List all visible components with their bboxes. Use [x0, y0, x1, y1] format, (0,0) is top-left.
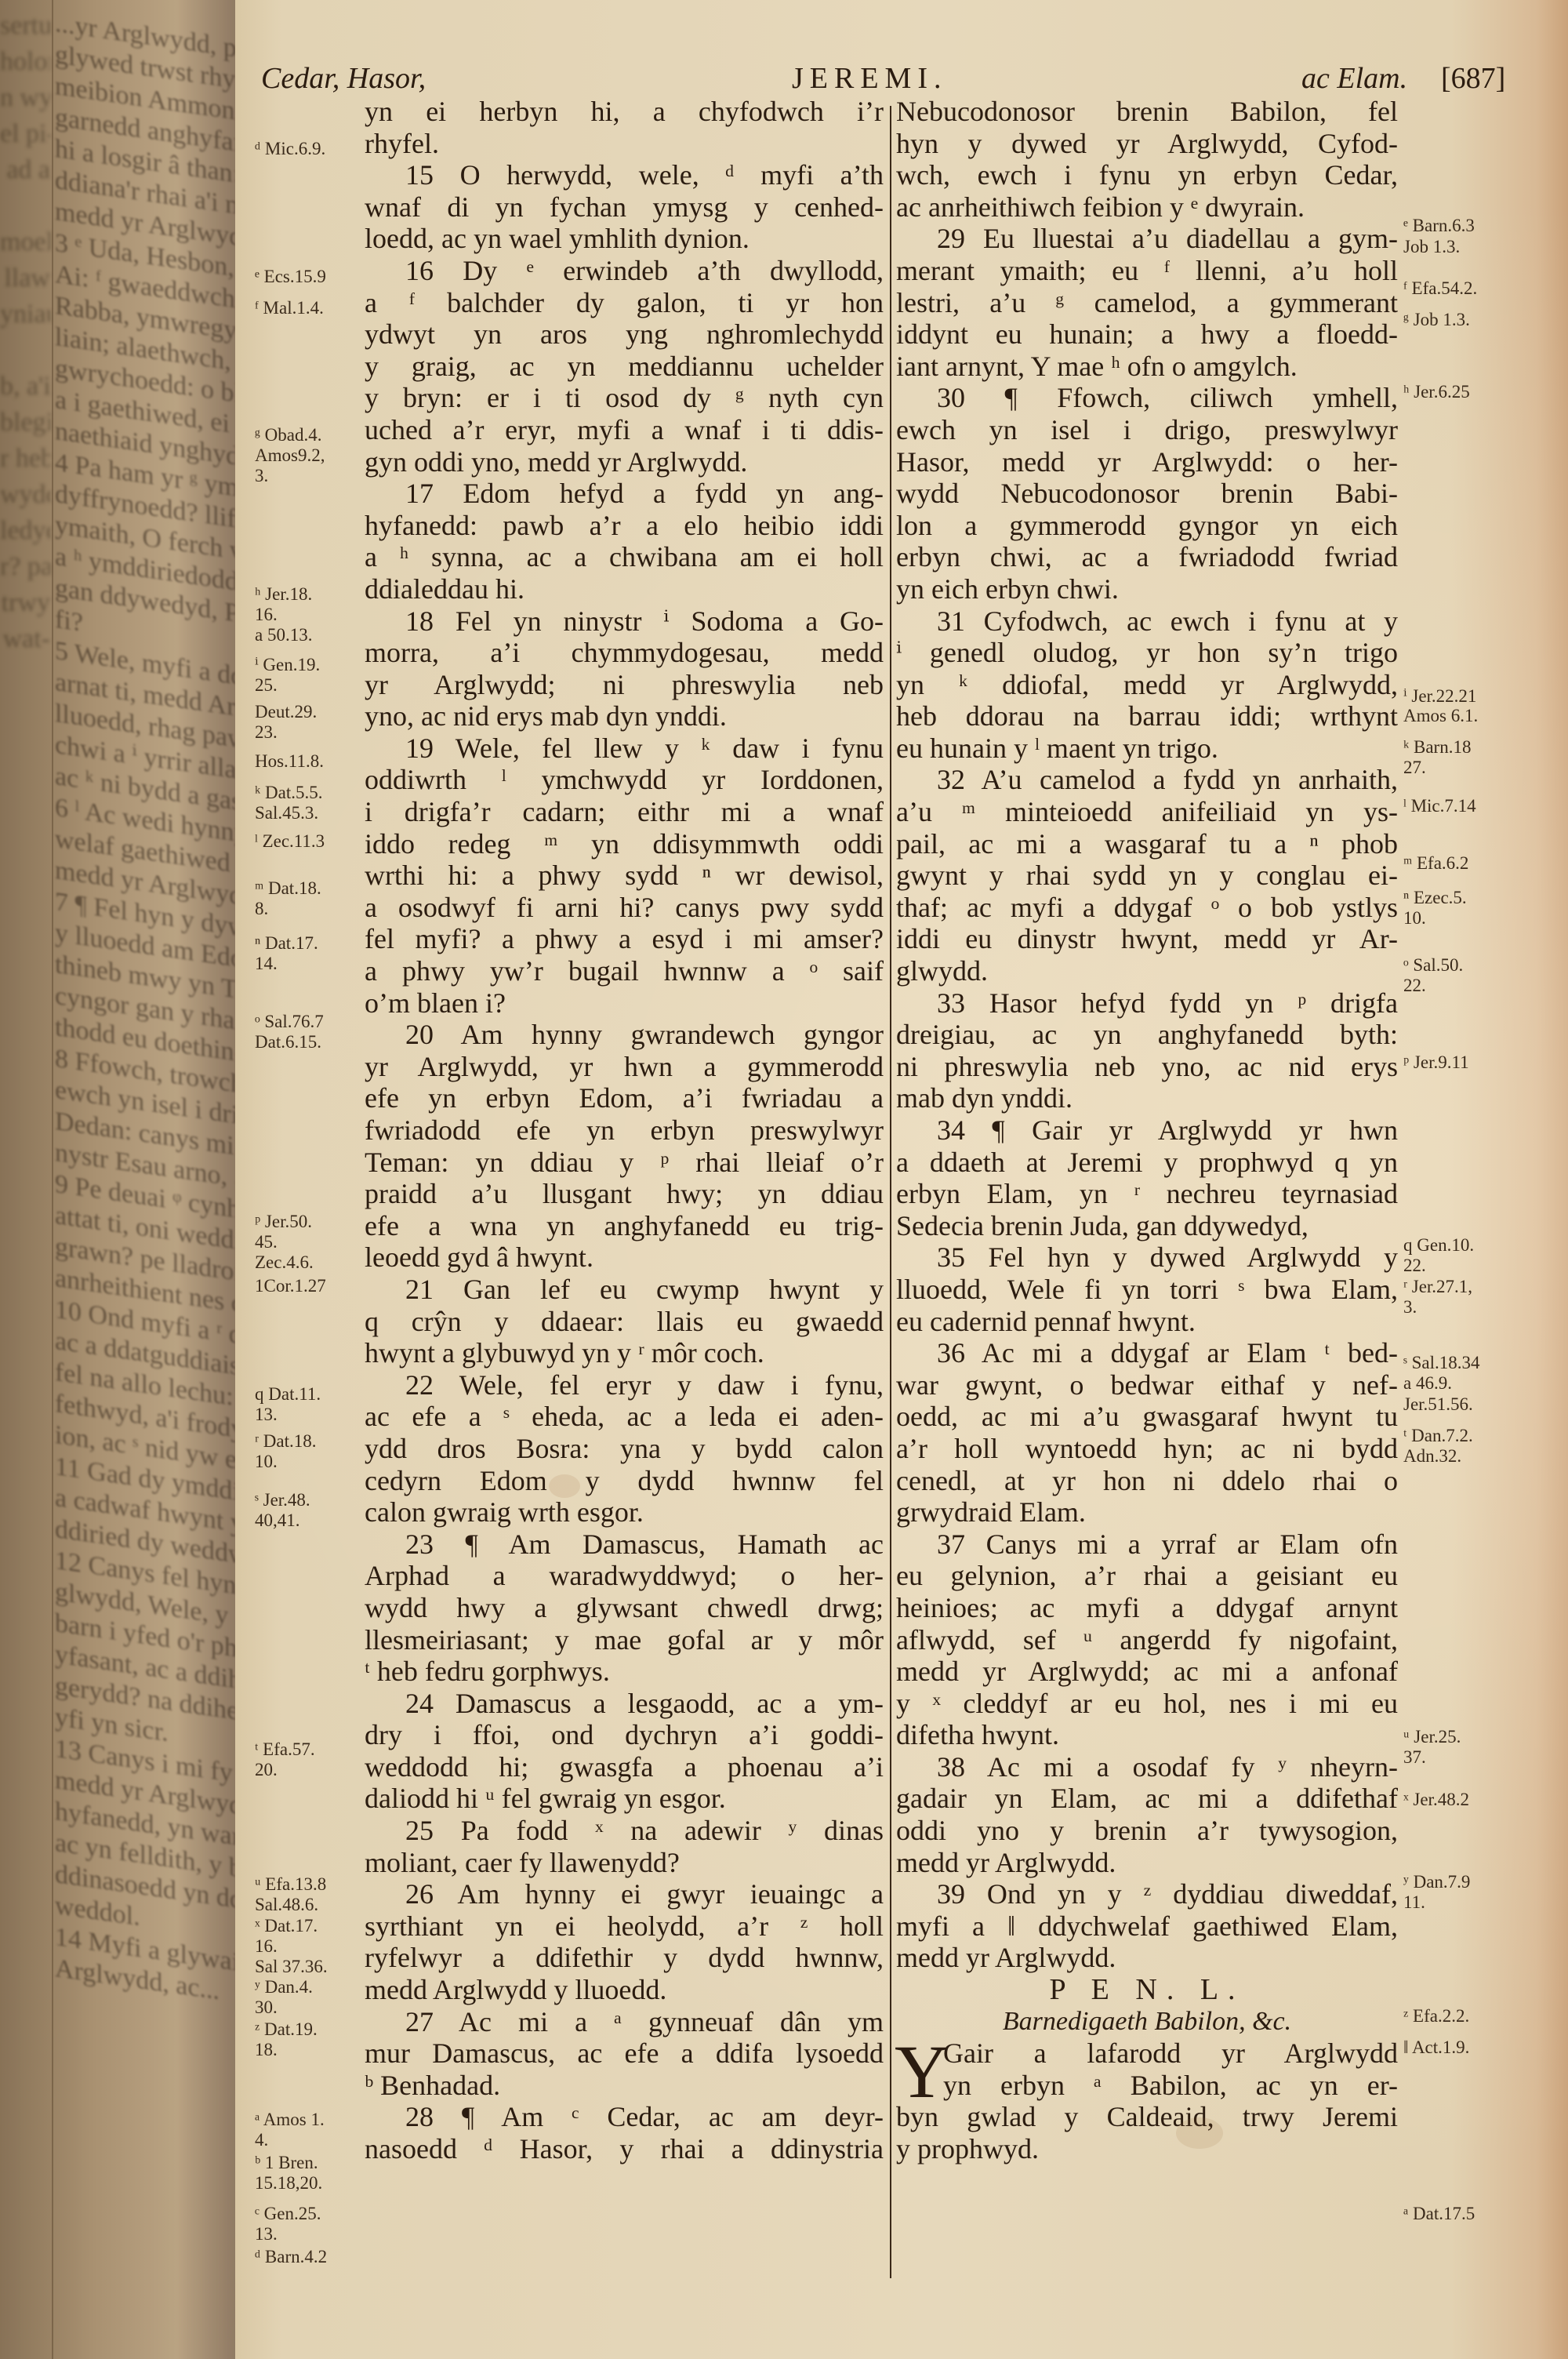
cross-reference-note: Amos9.2,	[255, 445, 325, 466]
text-line: uched a’r eryr, myfi a wnaf i ti ddis-	[365, 414, 884, 446]
text-line: heb ddorau na barrau iddi; wrthynt	[896, 700, 1398, 732]
cross-reference-note: ᵐ Efa.6.2	[1403, 853, 1468, 874]
text-line: war gwynt, o bedwar eithaf y nef-	[896, 1369, 1398, 1401]
text-line: hwynt a glybuwyd yn y ʳ môr coch.	[365, 1337, 884, 1369]
text-line: Arphad a waradwyddwyd; o her-	[365, 1560, 884, 1592]
text-line: eu cadernid pennaf hwynt.	[896, 1306, 1398, 1338]
cross-reference-note: 16.	[255, 605, 278, 625]
text-line: thaf; ac myfi a ddygaf ᵒ o bob ystlys	[896, 892, 1398, 924]
text-line: yr Arglwydd, yr hwn a gymmerodd	[365, 1051, 884, 1083]
text-line: syrthiant yn ei heolydd, a’r ᶻ holl	[365, 1910, 884, 1943]
text-line: ewch yn isel i drigo, preswylwyr	[896, 414, 1398, 446]
cross-reference-note: ᵇ 1 Bren.	[255, 2153, 318, 2173]
foxing-spot	[1176, 2117, 1223, 2149]
cross-reference-note: a 50.13.	[255, 625, 312, 645]
text-line: oddiwrth ˡ ymchwydd yr Iorddonen,	[365, 764, 884, 796]
text-line: lluoedd, Wele fi yn torri ˢ bwa Elam,	[896, 1274, 1398, 1306]
cross-reference-note: ᵃ Dat.17.5	[1403, 2204, 1475, 2224]
cross-reference-note: 10.	[1403, 908, 1426, 929]
cross-reference-note: ᵒ Sal.76.7	[255, 1012, 324, 1032]
text-line: fel myfi? a phwy a esyd i mi amser?	[365, 923, 884, 955]
text-line: 16 Dy ᵉ erwindeb a’th dwyllodd,	[365, 255, 884, 287]
text-line: cenedl, at yr hon ni ddelo rhai o	[896, 1465, 1398, 1497]
cross-reference-note: Hos.11.8.	[255, 751, 324, 772]
text-line: praidd a’u llusgant hwy; yn ddiau	[365, 1178, 884, 1210]
cross-reference-note: ᵗ Dan.7.2.	[1403, 1426, 1473, 1446]
text-line: nasoedd ᵈ Hasor, y rhai a ddinystria	[365, 2133, 884, 2165]
facing-page-left-fragment: sertusholomn wyrel pi-ad a moel,llawynia…	[0, 8, 50, 657]
cross-reference-note: 40,41.	[255, 1510, 300, 1531]
cross-reference-note: ᵖ Jer.50.	[255, 1212, 312, 1232]
text-line: iddynt eu hunain; a hwy a floedd-	[896, 318, 1398, 351]
text-line: 19 Wele, fel llew y ᵏ daw i fynu	[365, 732, 884, 765]
text-line: i drigfa’r cadarn; eithr mi a wnaf	[365, 796, 884, 828]
text-line: weddodd hi; gwasgfa a phoenau a’i	[365, 1751, 884, 1783]
text-line: Nebucodonosor brenin Babilon, fel	[896, 96, 1398, 128]
text-line: rhyfel.	[365, 128, 884, 160]
cross-reference-note: ᶻ Dat.19.	[255, 2019, 318, 2040]
cross-reference-note: ʸ Dan.4.	[255, 1977, 313, 1997]
bible-page: sertusholomn wyrel pi-ad a moel,llawynia…	[0, 0, 1568, 2359]
text-line: 26 Am hynny ei gwyr ieuaingc a	[365, 1878, 884, 1910]
text-line: a ʰ synna, ac a chwibana am ei holl	[365, 541, 884, 573]
text-line: 15 O herwydd, wele, ᵈ myfi a’th	[365, 159, 884, 191]
text-line: medd yr Arglwydd; ac mi a anfonaf	[896, 1656, 1398, 1688]
text-line: eu hunain y ˡ maent yn trigo.	[896, 732, 1398, 765]
text-line: yn erbyn ᵃ Babilon, ac yn er-	[896, 2070, 1398, 2102]
text-line: a’u ᵐ minteioedd anifeiliaid yn ys-	[896, 796, 1398, 828]
chapter-heading: P E N. L.	[896, 1974, 1398, 2006]
text-line: heinioes; ac myfi a ddygaf arnynt	[896, 1592, 1398, 1624]
text-line: fwriadodd efe yn erbyn preswylwyr	[365, 1114, 884, 1147]
text-line: mur Damascus, ac efe a ddifa lysoedd	[365, 2037, 884, 2070]
text-line: mab dyn ynddi.	[896, 1082, 1398, 1114]
cross-reference-note: Sal.48.6.	[255, 1895, 318, 1915]
text-line: aflwydd, sef ᵘ angerdd fy nigofaint,	[896, 1624, 1398, 1656]
text-line: byn gwlad y Caldeaid, trwy Jeremi	[896, 2101, 1398, 2133]
cross-reference-note: ⁿ Ezec.5.	[1403, 888, 1467, 908]
cross-reference-note: ᵏ Dat.5.5.	[255, 783, 322, 803]
cross-reference-note: ʳ Dat.18.	[255, 1431, 316, 1452]
chapter-opening: YGair a lafarodd yr Arglwyddyn erbyn ᵃ B…	[896, 2037, 1398, 2165]
text-line: ryfelwyr a ddifethir y dydd hwnnw,	[365, 1942, 884, 1974]
cross-reference-note: ᵉ Ecs.15.9	[255, 267, 326, 287]
text-line: efe yn erbyn Edom, a’i fwriadau a	[365, 1082, 884, 1114]
cross-reference-note: Deut.29.	[255, 702, 317, 722]
cross-reference-note: ᵈ Barn.4.2	[255, 2247, 327, 2267]
text-line: yn eich erbyn chwi.	[896, 573, 1398, 605]
text-line: gyn oddi yno, medd yr Arglwydd.	[365, 446, 884, 478]
text-line: daliodd hi ᵘ fel gwraig yn esgor.	[365, 1783, 884, 1815]
cross-reference-note: ᵗ Efa.57.	[255, 1739, 315, 1760]
text-line: 34 ¶ Gair yr Arglwydd yr hwn	[896, 1114, 1398, 1147]
text-line: 37 Canys mi a yrraf ar Elam ofn	[896, 1528, 1398, 1561]
cross-reference-note: ˡ Mic.7.14	[1403, 796, 1476, 816]
text-line: 25 Pa fodd ˣ na adewir ʸ dinas	[365, 1815, 884, 1847]
text-line: dreigiau, ac yn anghyfanedd byth:	[896, 1019, 1398, 1051]
text-line: ddialeddau hi.	[365, 573, 884, 605]
text-line: iant arnynt, Y mae ʰ ofn o amgylch.	[896, 351, 1398, 383]
cross-reference-note: Dat.6.15.	[255, 1032, 321, 1052]
cross-reference-note: 23.	[255, 722, 278, 743]
text-line: 31 Cyfodwch, ac ewch i fynu at y	[896, 605, 1398, 638]
cross-reference-note: ‖ Act.1.9.	[1403, 2037, 1469, 2058]
text-line: 23 ¶ Am Damascus, Hamath ac	[365, 1528, 884, 1561]
text-line: iddi eu dinystr hwynt, medd yr Ar-	[896, 923, 1398, 955]
drop-cap: Y	[895, 2039, 949, 2105]
text-line: y ˣ cleddyf ar eu hol, nes i mi eu	[896, 1688, 1398, 1720]
column-divider	[890, 106, 891, 2278]
cross-reference-note: ʰ Jer.6.25	[1403, 382, 1470, 402]
text-line: ac efe a ˢ eheda, ac a leda ei aden-	[365, 1401, 884, 1433]
cross-reference-note: 3.	[1403, 1297, 1417, 1318]
cross-reference-note: a 46.9.	[1403, 1373, 1452, 1394]
text-line: 24 Damascus a lesgaodd, ac a ym-	[365, 1688, 884, 1720]
facing-page-curl: sertusholomn wyrel pi-ad a moel,llawynia…	[0, 0, 235, 2359]
text-line: a ᶠ balchder dy galon, ti yr hon	[365, 287, 884, 319]
text-line: hyn y dywed yr Arglwydd, Cyfod-	[896, 128, 1398, 160]
text-line: y graig, ac yn meddiannu uchelder	[365, 351, 884, 383]
facing-page-column-rule	[52, 0, 53, 2359]
text-line: pail, ac mi a wasgaraf tu a ⁿ phob	[896, 828, 1398, 860]
cross-reference-note: ᵖ Jer.9.11	[1403, 1052, 1469, 1073]
text-line: lon a gymmerodd gyngor yn eich	[896, 510, 1398, 542]
cross-reference-note: Amos 6.1.	[1403, 706, 1478, 726]
text-line: Teman: yn ddiau y ᵖ rhai lleiaf o’r	[365, 1147, 884, 1179]
page-number: [687]	[1441, 61, 1505, 108]
text-line: glwydd.	[896, 955, 1398, 987]
cross-reference-note: q Dat.11.	[255, 1384, 321, 1405]
cross-reference-note: 45.	[255, 1232, 278, 1252]
text-line: 17 Edom hefyd a fydd yn ang-	[365, 478, 884, 510]
text-line: hyfanedd: pawb a’r a elo heibio iddi	[365, 510, 884, 542]
cross-reference-note: 13.	[255, 1405, 278, 1425]
text-line: leoedd gyd â hwynt.	[365, 1241, 884, 1274]
text-line: ac anrheithiwch feibion y ᵉ dwyrain.	[896, 191, 1398, 224]
text-line: 36 Ac mi a ddygaf ar Elam ᵗ bed-	[896, 1337, 1398, 1369]
cross-reference-note: ᶠ Efa.54.2.	[1403, 278, 1477, 299]
cross-reference-note: Adn.32.	[1403, 1446, 1461, 1467]
text-line: gadair yn Elam, ac mi a ddifethaf	[896, 1783, 1398, 1815]
cross-reference-note: ʸ Dan.7.9	[1403, 1872, 1470, 1892]
cross-reference-note: 16.	[255, 1936, 278, 1957]
text-line: cedyrn Edom y dydd hwnnw fel	[365, 1465, 884, 1497]
text-line: ⁱ genedl oludog, yr hon sy’n trigo	[896, 637, 1398, 669]
text-line: Hasor, medd yr Arglwydd: o her-	[896, 446, 1398, 478]
text-line: oedd, ac mi a’u gwasgaraf hwynt tu	[896, 1401, 1398, 1433]
text-line: medd yr Arglwydd.	[896, 1847, 1398, 1879]
text-line: wch, ewch i fynu yn erbyn Cedar,	[896, 159, 1398, 191]
cross-reference-note: 11.	[1403, 1892, 1425, 1913]
cross-reference-note: 3.	[255, 466, 268, 486]
text-line: wydd hwy a glywsant chwedl drwg;	[365, 1592, 884, 1624]
cross-reference-note: 13.	[255, 2224, 278, 2245]
cross-reference-note: 27.	[1403, 758, 1426, 778]
cross-reference-note: 30.	[255, 1997, 278, 2018]
text-line: medd Arglwydd y lluoedd.	[365, 1974, 884, 2006]
cross-reference-note: ᵘ Jer.25.	[1403, 1727, 1461, 1747]
text-line: ydwyt yn aros yng nghromlechydd	[365, 318, 884, 351]
cross-reference-note: ˡ Zec.11.3	[255, 831, 325, 852]
text-line: y bryn: er i ti osod dy ᵍ nyth cyn	[365, 382, 884, 414]
cross-reference-note: ˣ Dat.17.	[255, 1916, 318, 1936]
text-line: gwynt y rhai sydd yn y conglau ei-	[896, 860, 1398, 892]
text-line: myfi a ‖ ddychwelaf gaethiwed Elam,	[896, 1910, 1398, 1943]
cross-reference-note: ᶜ Gen.25.	[255, 2204, 321, 2224]
text-line: 35 Fel hyn y dywed Arglwydd y	[896, 1241, 1398, 1274]
text-line: 29 Eu lluestai a’u diadellau a gym-	[896, 223, 1398, 255]
text-line: wrthi hi: a phwy sydd ⁿ wr dewisol,	[365, 860, 884, 892]
cross-reference-note: ˣ Jer.48.2	[1403, 1790, 1469, 1810]
text-line: llesmeiriasant; y mae gofal ar y môr	[365, 1624, 884, 1656]
cross-reference-note: ⁱ Jer.22.21	[1403, 686, 1476, 707]
cross-reference-note: ˢ Jer.48.	[255, 1490, 310, 1510]
text-line: 28 ¶ Am ᶜ Cedar, ac am deyr-	[365, 2101, 884, 2133]
text-line: 38 Ac mi a osodaf fy ʸ nheyrn-	[896, 1751, 1398, 1783]
cross-reference-note: 14.	[255, 954, 278, 974]
text-line: 18 Fel yn ninystr ⁱ Sodoma a Go-	[365, 605, 884, 638]
text-line: a phwy yw’r bugail hwnnw a ᵒ saif	[365, 955, 884, 987]
text-line: yr Arglwydd; ni phreswylia neb	[365, 669, 884, 701]
cross-reference-note: 1Cor.1.27	[255, 1276, 326, 1296]
cross-reference-note: ⁿ Dat.17.	[255, 933, 318, 954]
text-line: 22 Wele, fel eryr y daw i fynu,	[365, 1369, 884, 1401]
cross-reference-note: 25.	[255, 675, 278, 696]
cross-reference-note: ᶻ Efa.2.2.	[1403, 2006, 1469, 2026]
text-line: eu gelynion, a’r rhai a geisiant eu	[896, 1560, 1398, 1592]
text-line: medd yr Arglwydd.	[896, 1942, 1398, 1974]
cross-reference-note: 8.	[255, 899, 268, 919]
cross-reference-note: 10.	[255, 1452, 278, 1472]
text-line: 21 Gan lef eu cwymp hwynt y	[365, 1274, 884, 1306]
cross-reference-note: ᵈ Mic.6.9.	[255, 139, 325, 159]
text-line: 20 Am hynny gwrandewch gyngor	[365, 1019, 884, 1051]
text-line: Sedecia brenin Juda, gan ddywedyd,	[896, 1210, 1398, 1242]
text-line: grwydraid Elam.	[896, 1496, 1398, 1528]
cross-reference-note: ᵃ Amos 1.	[255, 2110, 325, 2130]
cross-reference-note: 22.	[1403, 976, 1426, 996]
text-line: q crŷn y ddaear: llais eu gwaedd	[365, 1306, 884, 1338]
text-line: loedd, ac yn wael ymhlith dynion.	[365, 223, 884, 255]
cross-reference-note: q Gen.10.	[1403, 1235, 1474, 1256]
cross-reference-note: ᵘ Efa.13.8	[255, 1874, 326, 1895]
text-line: ydd dros Bosra: yna y bydd calon	[365, 1433, 884, 1465]
text-line: y prophwyd.	[896, 2133, 1398, 2165]
cross-reference-note: 22.	[1403, 1256, 1426, 1276]
text-line: difetha hwynt.	[896, 1719, 1398, 1751]
text-line: dry i ffoi, ond dychryn a’i goddi-	[365, 1719, 884, 1751]
text-line: yn ei herbyn hi, a chyfodwch i’r	[365, 96, 884, 128]
text-line: Gair a lafarodd yr Arglwydd	[896, 2037, 1398, 2070]
cross-reference-note: 37.	[1403, 1747, 1426, 1768]
cross-reference-note: ʰ Jer.18.	[255, 584, 312, 605]
facing-page-text: ...yr Arglwydd, panglywed trwst rhyfel y…	[55, 8, 235, 2009]
text-line: merant ymaith; eu ᶠ llenni, a’u holl	[896, 255, 1398, 287]
text-line: 32 A’u camelod a fydd yn anrhaith,	[896, 764, 1398, 796]
text-line: erbyn Elam, yn ʳ nechreu teyrnasiad	[896, 1178, 1398, 1210]
chapter-summary: Barnedigaeth Babilon, &c.	[896, 2006, 1398, 2038]
text-line: yno, ac nid erys mab dyn ynddi.	[365, 700, 884, 732]
cross-reference-note: Sal 37.36.	[255, 1957, 328, 1977]
cross-reference-note: ᵍ Job 1.3.	[1403, 310, 1470, 330]
text-line: o’m blaen i?	[365, 987, 884, 1020]
text-line: a ddaeth at Jeremi y prophwyd q yn	[896, 1147, 1398, 1179]
text-line: morra, a’i chymmydogesau, medd	[365, 637, 884, 669]
text-line: moliant, caer fy llawenydd?	[365, 1847, 884, 1879]
cross-reference-note: Job 1.3.	[1403, 237, 1460, 257]
cross-reference-note: 4.	[255, 2130, 268, 2150]
cross-reference-note: ˢ Sal.18.34	[1403, 1353, 1480, 1373]
cross-reference-note: ᶠ Mal.1.4.	[255, 298, 324, 318]
cross-reference-note: ᵐ Dat.18.	[255, 878, 321, 899]
text-line: wydd Nebucodonosor brenin Babi-	[896, 478, 1398, 510]
text-line: efe a wna yn anghyfanedd eu trig-	[365, 1210, 884, 1242]
cross-reference-note: 15.18,20.	[255, 2173, 322, 2194]
right-text-column: Nebucodonosor brenin Babilon, felhyn y d…	[896, 96, 1398, 2165]
text-line: iddo redeg ᵐ yn ddisymmwth oddi	[365, 828, 884, 860]
text-line: wnaf di yn fychan ymysg y cenhed-	[365, 191, 884, 224]
text-line: 27 Ac mi a ᵃ gynneuaf dân ym	[365, 2006, 884, 2038]
text-line: a’r holl wyntoedd hyn; ac ni bydd	[896, 1433, 1398, 1465]
cross-reference-note: ⁱ Gen.19.	[255, 655, 320, 675]
text-line: 30 ¶ Ffowch, ciliwch ymhell,	[896, 382, 1398, 414]
cross-reference-note: Jer.51.56.	[1403, 1394, 1473, 1415]
text-line: a osodwyf fi arni hi? canys pwy sydd	[365, 892, 884, 924]
text-line: oddi yno y brenin a’r tywysogion,	[896, 1815, 1398, 1847]
text-line: calon gwraig wrth esgor.	[365, 1496, 884, 1528]
cross-reference-note: ᵒ Sal.50.	[1403, 955, 1463, 976]
cross-reference-note: ᵏ Barn.18	[1403, 737, 1471, 758]
text-line: ᵗ heb fedru gorphwys.	[365, 1656, 884, 1688]
cross-reference-note: ᵉ Barn.6.3	[1403, 216, 1475, 236]
cross-reference-note: ʳ Jer.27.1,	[1403, 1277, 1472, 1297]
text-line: 39 Ond yn y ᶻ dyddiau diweddaf,	[896, 1878, 1398, 1910]
text-line: lestri, a’u ᵍ camelod, a gymmerant	[896, 287, 1398, 319]
cross-reference-note: 18.	[255, 2040, 278, 2060]
cross-reference-note: Zec.4.6.	[255, 1252, 314, 1273]
text-line: erbyn chwi, ac a fwriadodd fwriad	[896, 541, 1398, 573]
text-line: ᵇ Benhadad.	[365, 2070, 884, 2102]
left-text-column: yn ei herbyn hi, a chyfodwch i’rrhyfel.1…	[365, 96, 884, 2165]
text-line: ni phreswylia neb yno, ac nid erys	[896, 1051, 1398, 1083]
foxing-spot	[549, 1474, 580, 1498]
cross-reference-note: ᵍ Obad.4.	[255, 425, 322, 445]
text-line: 33 Hasor hefyd fydd yn ᵖ drigfa	[896, 987, 1398, 1020]
text-line: yn ᵏ ddiofal, medd yr Arglwydd,	[896, 669, 1398, 701]
cross-reference-note: 20.	[255, 1760, 278, 1780]
cross-reference-note: Sal.45.3.	[255, 803, 318, 823]
